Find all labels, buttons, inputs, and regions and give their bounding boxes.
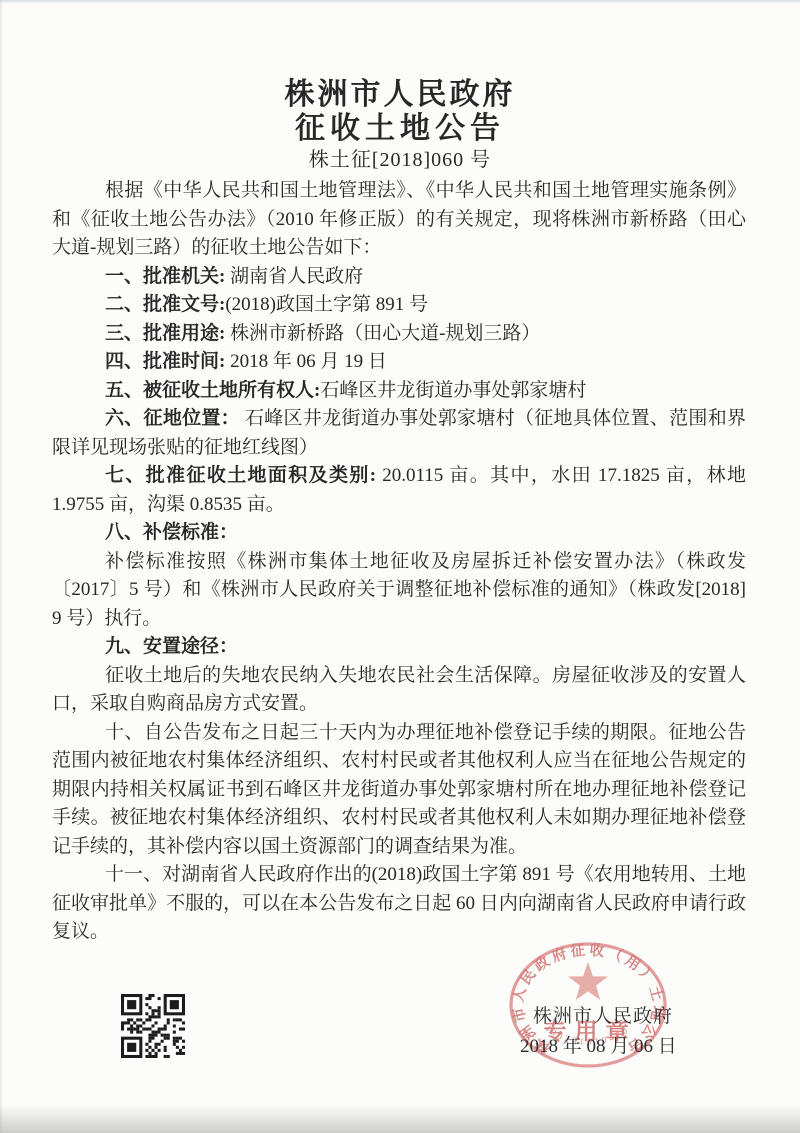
doc-paragraph-item5: 五、被征收土地所有权人:石峰区井龙街道办事处郭家塘村 — [52, 377, 746, 406]
doc-paragraph-item9-body: 征收土地后的失地农民纳入失地农民社会生活保障。房屋征收涉及的安置人口，采取自购商… — [52, 662, 746, 719]
document-title-line1: 株洲市人民政府 — [0, 78, 800, 112]
doc-paragraph-item1: 一、批准机关: 湖南省人民政府 — [52, 263, 746, 292]
doc-paragraph-item9: 九、安置途径： — [52, 633, 746, 662]
document-header: 株洲市人民政府 征收土地公告 株土征[2018]060 号 — [0, 0, 800, 173]
doc-paragraph-intro: 根据《中华人民共和国土地管理法》、《中华人民共和国土地管理实施条例》和《征收土地… — [52, 177, 746, 263]
star-icon — [568, 962, 608, 1000]
doc-paragraph-item10: 十、自公告发布之日起三十天内为办理征地补偿登记手续的期限。征地公告范围内被征地农… — [52, 719, 746, 862]
doc-paragraph-item4: 四、批准时间: 2018 年 06 月 19 日 — [52, 348, 746, 377]
signature-date: 2018 年 08 月 06 日 — [520, 1031, 677, 1058]
doc-paragraph-item8: 八、补偿标准： — [52, 519, 746, 548]
scan-edge-bottom — [0, 1105, 800, 1133]
qr-code — [121, 994, 185, 1058]
doc-paragraph-item6: 六、征地位置： 石峰区井龙街道办事处郭家塘村（征地具体位置、范围和界限详见现场张… — [52, 405, 746, 462]
scan-edge-top — [0, 0, 800, 4]
document-number: 株土征[2018]060 号 — [0, 148, 800, 173]
scanned-announcement-page: 株洲市人民政府 征收土地公告 株土征[2018]060 号 根据《中华人民共和国… — [0, 0, 800, 1133]
doc-paragraph-item8-body: 补偿标准按照《株洲市集体土地征收及房屋拆迁补偿安置办法》（株政发〔2017〕5 … — [52, 548, 746, 634]
document-body: 根据《中华人民共和国土地管理法》、《中华人民共和国土地管理实施条例》和《征收土地… — [52, 177, 746, 947]
doc-paragraph-item2: 二、批准文号:(2018)政国土字第 891 号 — [52, 291, 746, 320]
issuer-signature: 株洲市人民政府 — [533, 1001, 673, 1028]
doc-paragraph-item3: 三、批准用途: 株洲市新桥路（田心大道-规划三路） — [52, 320, 746, 349]
scan-edge-left — [0, 0, 3, 1133]
doc-paragraph-item11: 十一、对湖南省人民政府作出的(2018)政国土字第 891 号《农用地转用、土地… — [52, 861, 746, 947]
document-title-line2: 征收土地公告 — [0, 112, 800, 145]
doc-paragraph-item7: 七、批准征收土地面积及类别: 20.0115 亩。其中，水田 17.1825 亩… — [52, 462, 746, 519]
